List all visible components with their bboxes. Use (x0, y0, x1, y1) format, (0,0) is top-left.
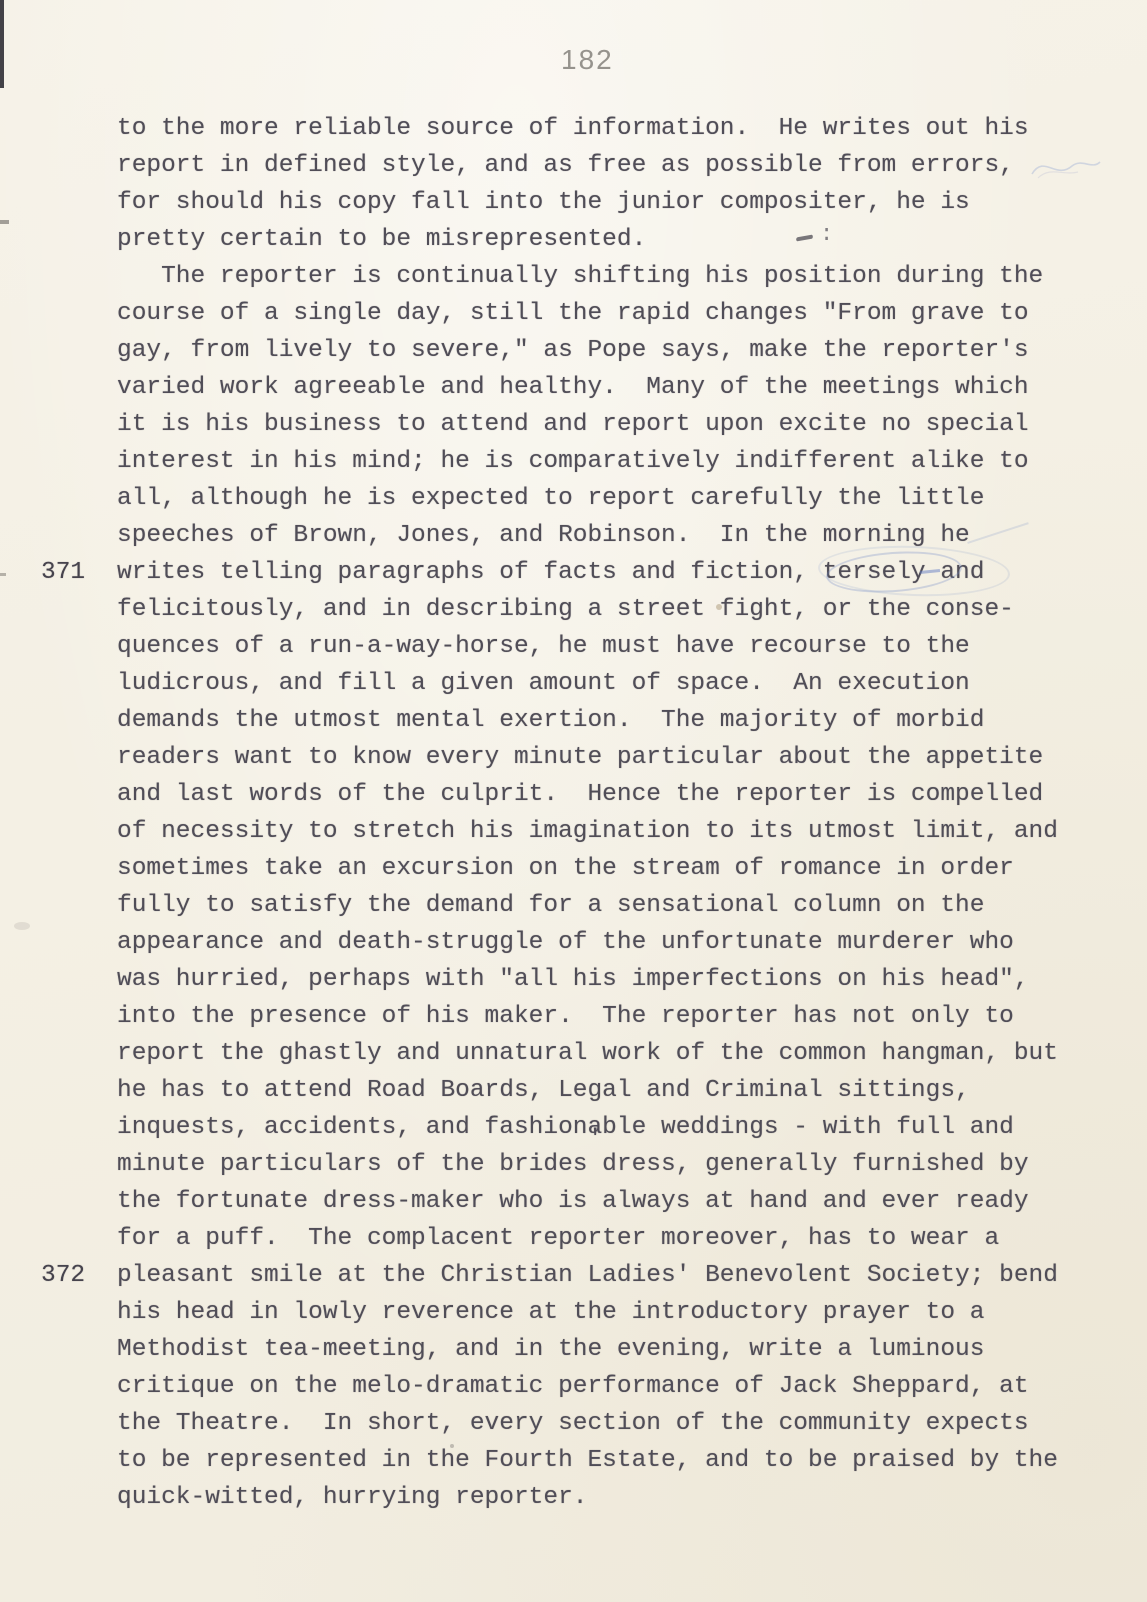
text-line: critique on the melo-dramatic performanc… (117, 1368, 1077, 1405)
text-line: gay, from lively to severe," as Pope say… (117, 332, 1077, 369)
text-line: and last words of the culprit. Hence the… (117, 776, 1077, 813)
text-line: varied work agreeable and healthy. Many … (117, 369, 1077, 406)
text-line: ludicrous, and fill a given amount of sp… (117, 665, 1077, 702)
scan-edge-artifact (0, 573, 6, 576)
text-line: of necessity to stretch his imagination … (117, 813, 1077, 850)
text-line: was hurried, perhaps with "all his imper… (117, 961, 1077, 998)
text-line: for should his copy fall into the junior… (117, 184, 1077, 221)
scan-edge-artifact (0, 220, 9, 224)
text-line: pretty certain to be misrepresented. (117, 221, 1077, 258)
text-line: his head in lowly reverence at the intro… (117, 1294, 1077, 1331)
typewritten-text: to the more reliable source of informati… (117, 110, 1077, 1516)
text-line: appearance and death-struggle of the unf… (117, 924, 1077, 961)
text-line: report the ghastly and unnatural work of… (117, 1035, 1077, 1072)
scanned-manuscript-page: 182 to the more reliable source of infor… (0, 0, 1147, 1602)
text-line: the Theatre. In short, every section of … (117, 1405, 1077, 1442)
text-line: the fortunate dress-maker who is always … (117, 1183, 1077, 1220)
text-line: demands the utmost mental exertion. The … (117, 702, 1077, 739)
text-line: into the presence of his maker. The repo… (117, 998, 1077, 1035)
text-line: all, although he is expected to report c… (117, 480, 1077, 517)
text-line: pleasant smile at the Christian Ladies' … (117, 1257, 1077, 1294)
scan-edge-artifact (0, 0, 4, 88)
text-line: to the more reliable source of informati… (117, 110, 1077, 147)
text-line: sometimes take an excursion on the strea… (117, 850, 1077, 887)
text-line: The reporter is continually shifting his… (117, 258, 1077, 295)
margin-number: 372 (41, 1257, 85, 1294)
pencil-smudge: : (820, 222, 833, 247)
inserted-apostrophe-mark: ' (588, 1126, 602, 1153)
margin-number: 371 (41, 554, 85, 591)
text-line: report in defined style, and as free as … (117, 147, 1077, 184)
paper-speck (450, 1444, 454, 1448)
text-line: Methodist tea-meeting, and in the evenin… (117, 1331, 1077, 1368)
page-number: 182 (561, 44, 614, 76)
text-line: quick-witted, hurrying reporter. (117, 1479, 1077, 1516)
text-line: he has to attend Road Boards, Legal and … (117, 1072, 1077, 1109)
text-line: speeches of Brown, Jones, and Robinson. … (117, 517, 1077, 554)
faint-ink-squiggle (1028, 146, 1106, 192)
text-line: readers want to know every minute partic… (117, 739, 1077, 776)
paper-smudge (14, 922, 30, 930)
erased-hyphen-mark (716, 604, 722, 610)
text-line: course of a single day, still the rapid … (117, 295, 1077, 332)
text-line: for a puff. The complacent reporter more… (117, 1220, 1077, 1257)
text-line: it is his business to attend and report … (117, 406, 1077, 443)
text-line: felicitously, and in describing a street… (117, 591, 1077, 628)
text-line: quences of a run-a-way-horse, he must ha… (117, 628, 1077, 665)
text-line: fully to satisfy the demand for a sensat… (117, 887, 1077, 924)
text-line: writes telling paragraphs of facts and f… (117, 554, 1077, 591)
text-line: interest in his mind; he is comparativel… (117, 443, 1077, 480)
text-line: to be represented in the Fourth Estate, … (117, 1442, 1077, 1479)
